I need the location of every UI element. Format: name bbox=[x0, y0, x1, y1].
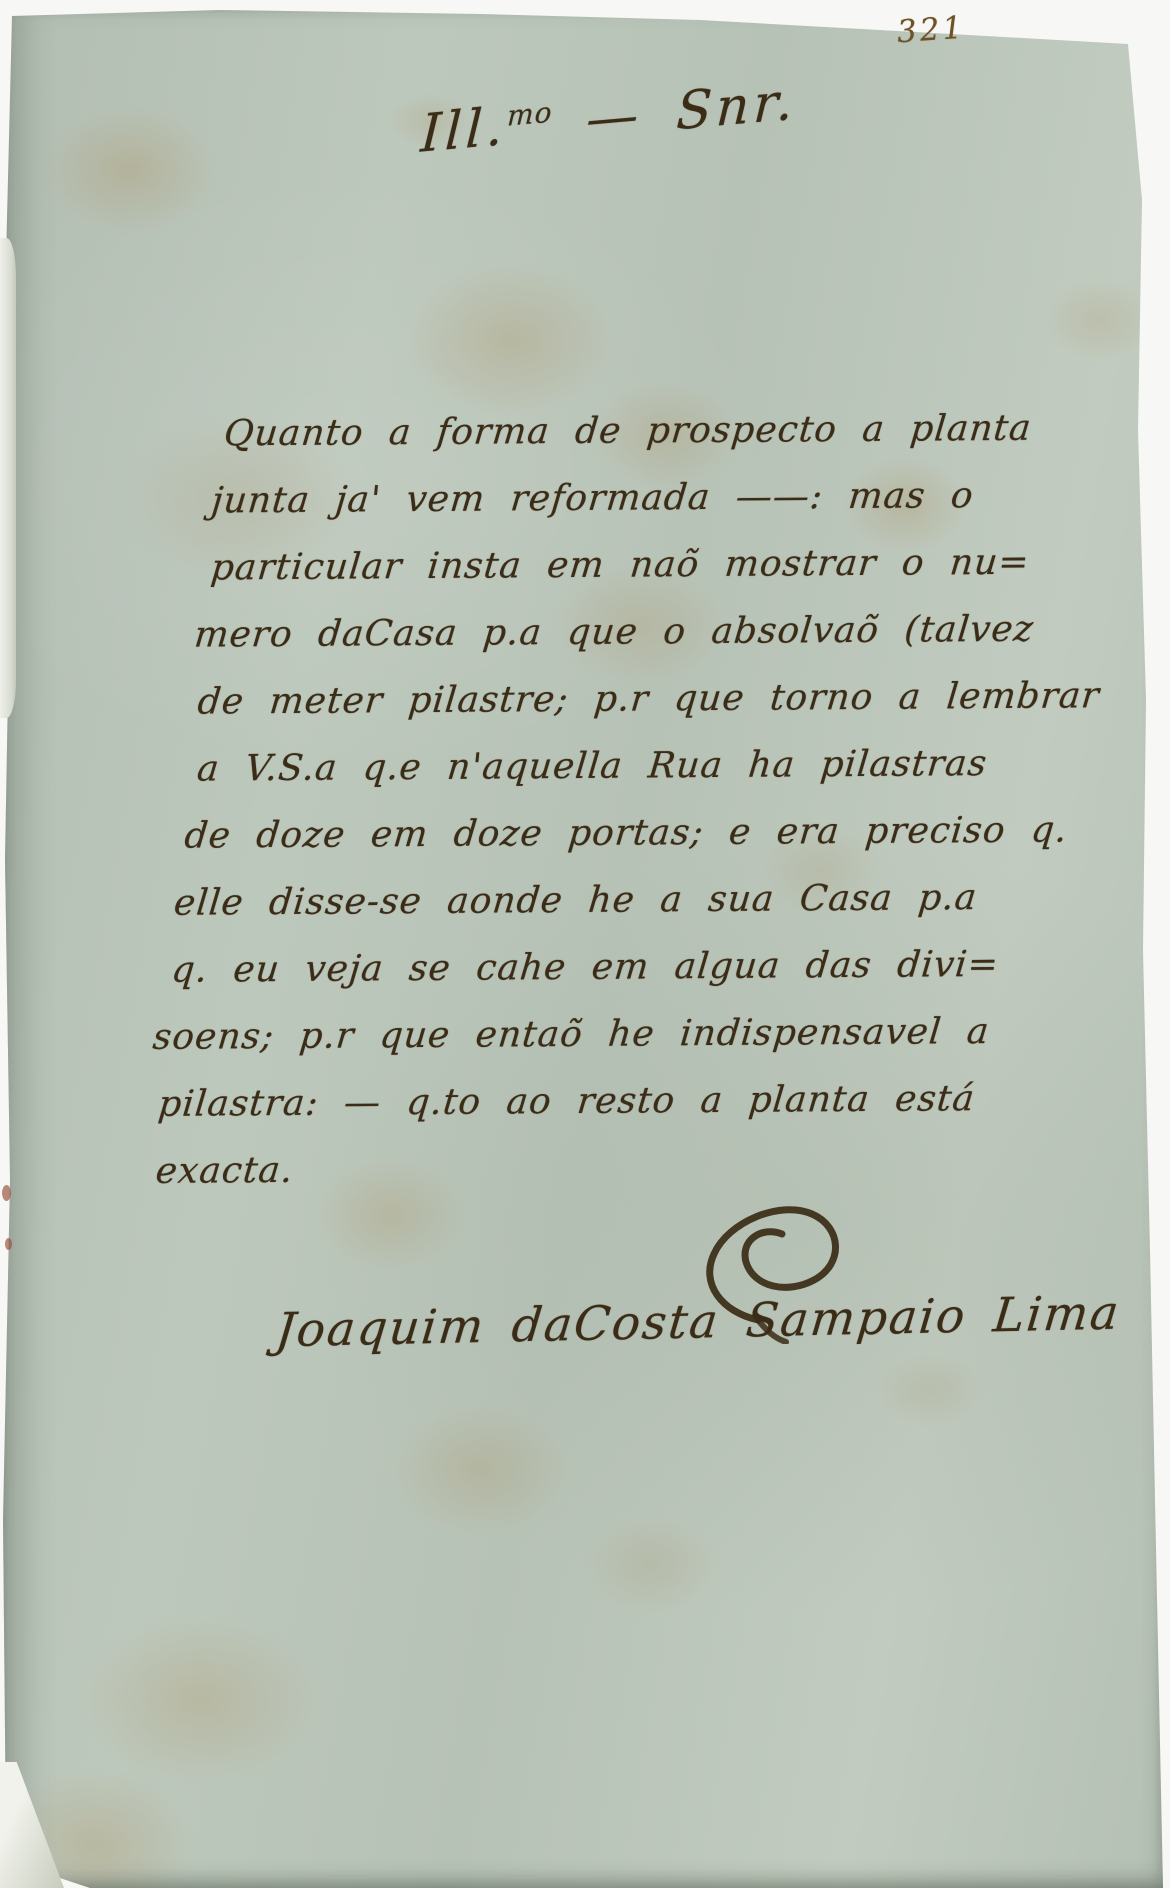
underlying-page-edge bbox=[0, 238, 16, 718]
letter-body: Quanto a forma de prospecto a planta jun… bbox=[149, 395, 988, 1205]
body-line: Quanto a forma de prospecto a planta bbox=[221, 395, 988, 467]
page-number: 321 bbox=[896, 10, 967, 51]
archival-mark bbox=[2, 1185, 11, 1201]
body-line: elle disse-se aonde he a sua Casa p.a bbox=[171, 864, 942, 936]
body-line: mero daCasa p.a que o absolvaõ (talvez bbox=[191, 596, 968, 668]
body-line: pilastra: — q.to ao resto a planta está bbox=[155, 1066, 922, 1138]
salutation-superscript: mo bbox=[506, 95, 553, 132]
body-line: a V.S.a q.e n'aquella Rua ha pilastras bbox=[194, 730, 955, 802]
body-line: de meter pilastre; p.r que torno a lembr… bbox=[195, 663, 962, 735]
body-line: particular insta em naõ mostrar o nu= bbox=[208, 529, 975, 601]
archival-mark bbox=[5, 1238, 12, 1250]
manuscript-scan: 321 Ill.mo — Snr. Quanto a forma de pros… bbox=[0, 0, 1170, 1888]
body-line: de doze em doze portas; e era preciso q. bbox=[181, 797, 948, 869]
body-line: soens; p.r que entaõ he indispensavel a bbox=[150, 998, 929, 1070]
body-line: q. eu veja se cahe em algua das divi= bbox=[168, 931, 935, 1003]
body-line: junta ja' vem reformada ——: mas o bbox=[208, 462, 981, 534]
salutation-abbrev: Ill. bbox=[419, 97, 508, 165]
